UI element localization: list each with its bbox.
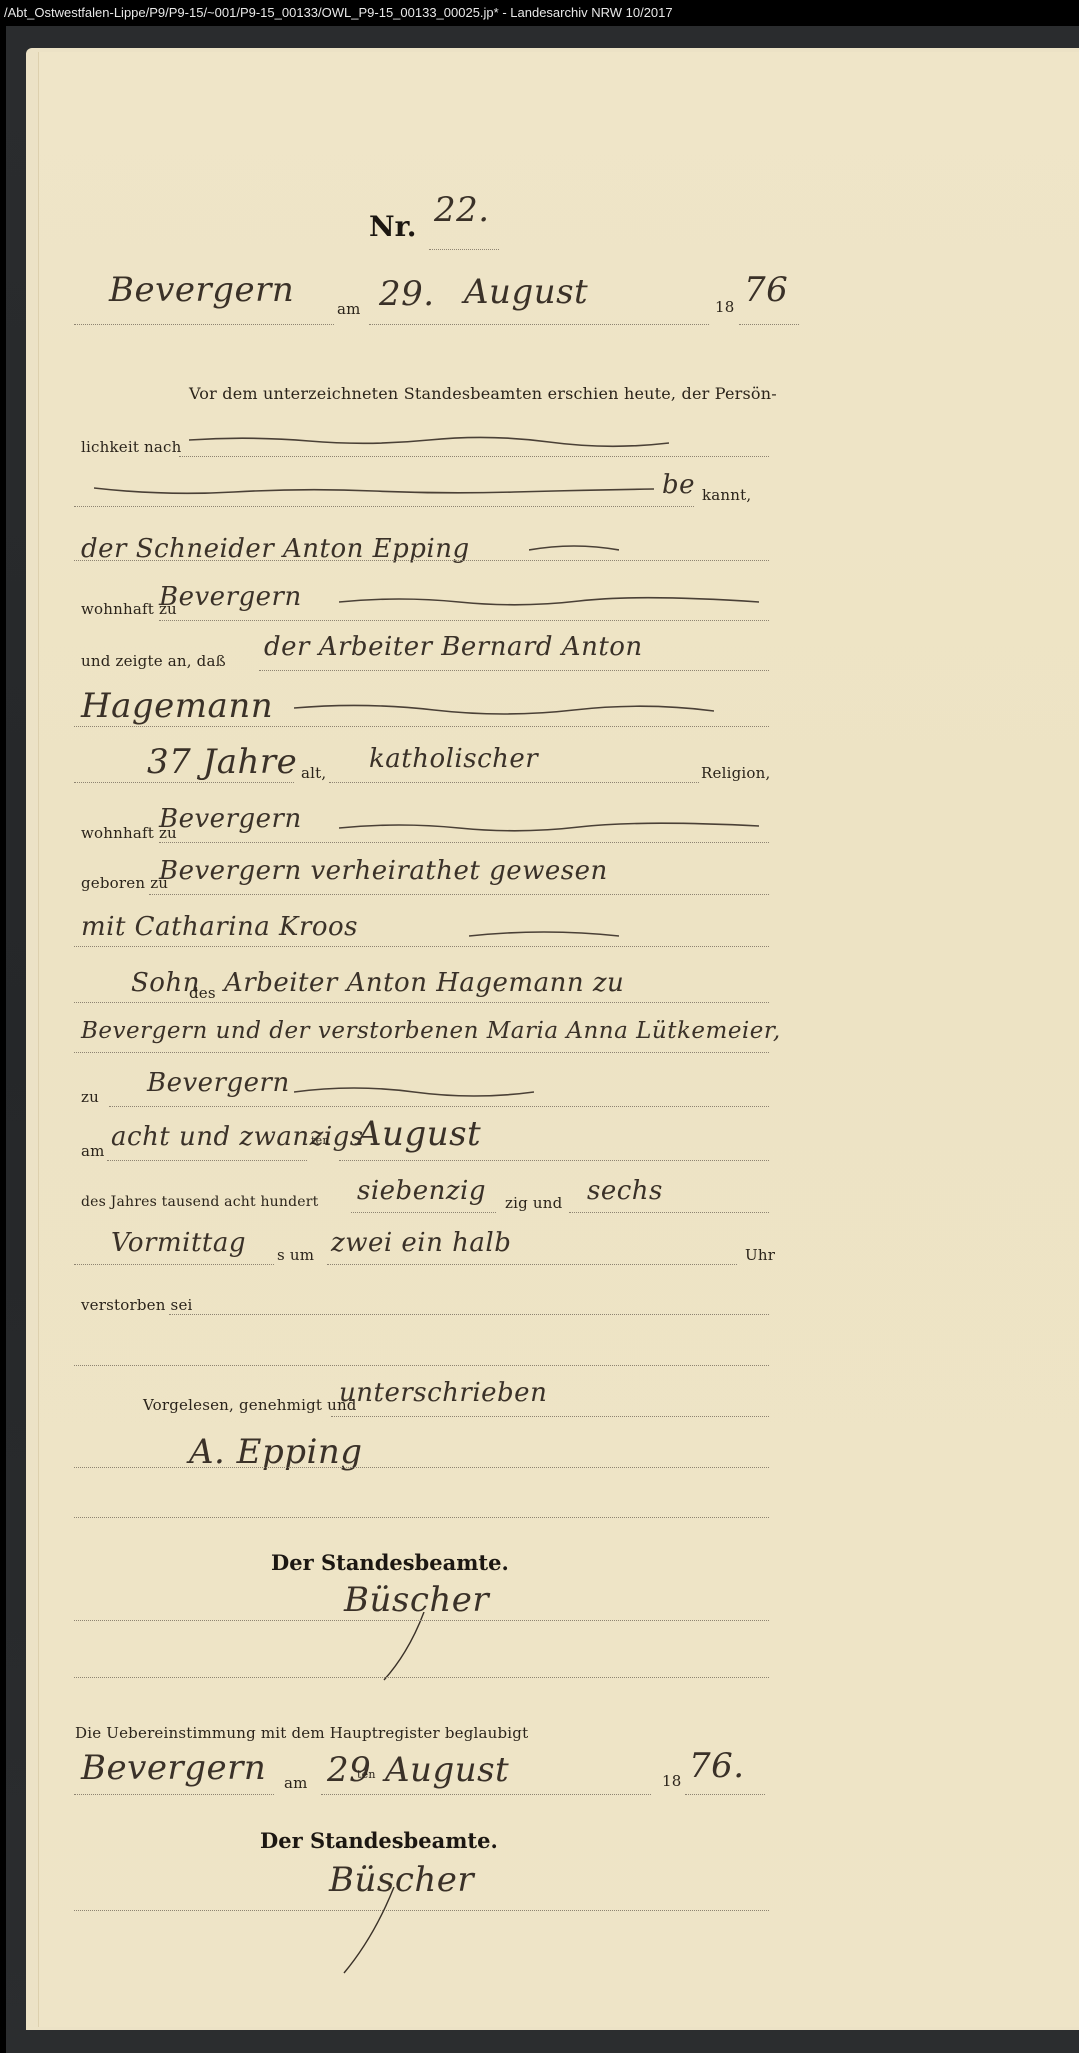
dotted-line <box>74 1910 769 1911</box>
death-month-text: August <box>357 1114 481 1154</box>
dotted-line <box>321 1794 651 1795</box>
dotted-line <box>259 670 769 671</box>
dotted-line <box>339 1160 769 1161</box>
dotted-line <box>429 249 499 250</box>
time-text: zwei ein halb <box>331 1228 511 1258</box>
approval-label: Vorgelesen, genehmigt und <box>143 1396 357 1414</box>
certification-month: August <box>385 1750 509 1790</box>
dotted-line <box>159 620 769 621</box>
signature-stroke <box>379 1612 429 1682</box>
certification-text: Die Uebereinstimmung mit dem Hauptregist… <box>75 1724 528 1742</box>
religion-text: katholischer <box>369 744 538 774</box>
certification-year-prefix: 18 <box>662 1772 682 1790</box>
approval-handwritten: unterschrieben <box>339 1378 547 1408</box>
certification-am-label: am <box>284 1774 308 1792</box>
official-heading: Der Standesbeamte. <box>260 1828 498 1853</box>
form-text: verstorben sei <box>81 1296 193 1314</box>
dotted-line <box>179 456 769 457</box>
entry-date-month: August <box>464 272 588 312</box>
entry-year-suffix: 76 <box>744 270 788 310</box>
cancel-flourish <box>339 594 759 608</box>
entry-number-value: 22. <box>434 190 490 230</box>
form-text: zig und <box>505 1194 562 1212</box>
cancel-flourish <box>339 820 759 834</box>
cancel-flourish <box>189 434 669 448</box>
handwritten-text: siebenzig <box>357 1176 486 1206</box>
form-text: des Jahres tausend acht hundert <box>81 1194 318 1210</box>
dotted-line <box>149 894 769 895</box>
dotted-line <box>74 1677 769 1678</box>
handwritten-text: Bevergern <box>159 804 302 834</box>
form-text: Vor dem unterzeichneten Standesbeamten e… <box>189 384 777 403</box>
dotted-line <box>74 1467 769 1468</box>
cancel-flourish <box>294 702 714 716</box>
document-page: Nr. 22. Bevergern am 29. August 18 76 Vo… <box>38 52 1079 2027</box>
dotted-line <box>169 1314 769 1315</box>
form-text: des <box>189 984 216 1002</box>
birthplace-text: Bevergern verheirathet gewesen <box>159 856 608 886</box>
certification-year-suffix: 76. <box>689 1746 745 1786</box>
time-of-day-text: Vormittag <box>111 1228 246 1258</box>
dotted-line <box>569 1212 769 1213</box>
dotted-line <box>109 1106 769 1107</box>
deceased-text: der Arbeiter Bernard Anton <box>264 632 643 662</box>
dotted-line <box>74 1517 769 1518</box>
form-text: s um <box>277 1246 314 1264</box>
form-text: ten <box>311 1134 330 1147</box>
dotted-line <box>107 1160 307 1161</box>
official-heading: Der Standesbeamte. <box>271 1550 509 1575</box>
window-title: /Abt_Ostwestfalen-Lippe/P9/P9-15/~001/P9… <box>4 5 673 20</box>
form-text: alt, <box>301 764 326 782</box>
dotted-line <box>74 1002 769 1003</box>
form-text: Uhr <box>745 1246 775 1264</box>
cancel-flourish <box>294 1084 534 1098</box>
dotted-line <box>369 324 709 325</box>
dotted-line <box>74 1620 769 1621</box>
dotted-line <box>74 1264 274 1265</box>
handwritten-text: Bevergern <box>159 582 302 612</box>
dotted-line <box>74 1365 769 1366</box>
entry-year-prefix: 18 <box>715 298 735 316</box>
certification-day-suffix: ten <box>357 1768 376 1781</box>
father-text: Arbeiter Anton Hagemann zu <box>224 968 624 998</box>
signature-stroke <box>339 1887 399 1977</box>
spouse-text: mit Catharina Kroos <box>81 912 358 942</box>
dotted-line <box>74 1052 769 1053</box>
cancel-flourish <box>469 928 619 942</box>
form-text: zu <box>81 1088 99 1106</box>
informant-signature: A. Epping <box>189 1432 363 1472</box>
dotted-line <box>74 324 334 325</box>
dotted-line <box>74 726 769 727</box>
dotted-line <box>74 560 769 561</box>
form-text: lichkeit nach <box>81 438 181 456</box>
deceased-surname: Hagemann <box>81 686 273 726</box>
dotted-line <box>331 1416 769 1417</box>
form-text: am <box>81 1142 105 1160</box>
dotted-line <box>74 1794 274 1795</box>
form-text: und zeigte an, daß <box>81 652 226 670</box>
dotted-line <box>739 324 799 325</box>
entry-am-label: am <box>337 300 361 318</box>
handwritten-text: Bevergern <box>147 1068 290 1098</box>
dotted-line <box>685 1794 765 1795</box>
dotted-line <box>327 1264 737 1265</box>
certification-place: Bevergern <box>81 1748 266 1788</box>
handwritten-text: be <box>662 470 695 500</box>
form-text: kannt, <box>702 486 751 504</box>
dotted-line <box>159 842 769 843</box>
dotted-line <box>74 946 769 947</box>
form-text: Religion, <box>701 764 770 782</box>
cancel-flourish <box>529 542 619 556</box>
cancel-flourish <box>94 484 654 500</box>
form-text: geboren zu <box>81 874 168 892</box>
handwritten-text: sechs <box>587 1176 663 1206</box>
entry-number-label: Nr. <box>369 210 417 243</box>
dotted-line <box>351 1212 496 1213</box>
dotted-line <box>329 782 699 783</box>
dotted-line <box>74 506 694 507</box>
mother-text: Bevergern und der verstorbenen Maria Ann… <box>81 1018 781 1044</box>
window-title-bar: /Abt_Ostwestfalen-Lippe/P9/P9-15/~001/P9… <box>0 0 1079 26</box>
entry-place: Bevergern <box>109 270 294 310</box>
dotted-line <box>74 782 294 783</box>
age-text: 37 Jahre <box>147 742 297 782</box>
entry-date-day: 29. <box>379 274 435 314</box>
